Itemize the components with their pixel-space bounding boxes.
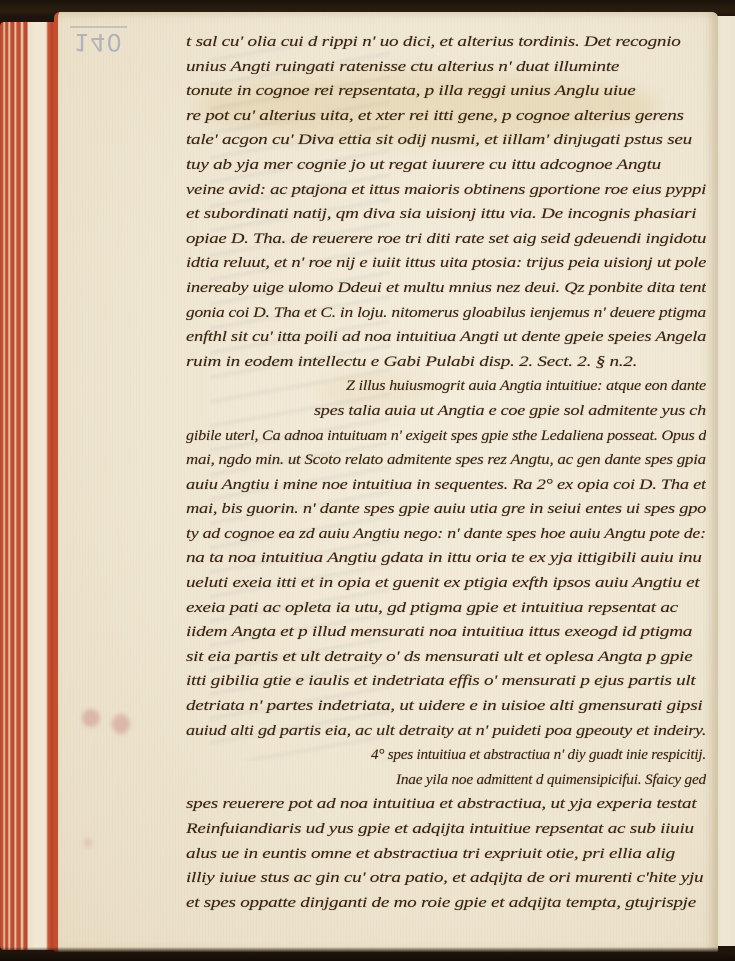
folio-number: 140 <box>70 26 127 56</box>
text-line: alus ue in euntis omne et abstractiua tr… <box>186 842 706 867</box>
red-page-edges <box>0 22 62 950</box>
text-line: exeia pati ac opleta ia utu, gd ptigma g… <box>186 596 706 621</box>
text-line: auiud alti gd partis eia, ac ult detrait… <box>186 719 706 744</box>
text-line: mai, ngdo min. ut Scoto relato admitente… <box>186 448 706 473</box>
text-line: spes reuerere pot ad noa intuitiua et ab… <box>186 792 706 817</box>
text-line: iidem Angta et p illud mensurati noa int… <box>186 620 706 645</box>
text-line: tuy ab yja mer cognie jo ut regat iuurer… <box>186 153 706 178</box>
text-line: opiae D. Tha. de reuerere roe tri diti r… <box>186 227 706 252</box>
text-line: re pot cu' alterius uita, et xter rei it… <box>186 104 706 129</box>
text-line: gibile uterl, Ca adnoa intuituam n' exig… <box>186 424 706 449</box>
text-line-paragraph-start: Inae yila noe admittent d quimensipicifu… <box>186 768 706 793</box>
text-line-paragraph-start: Z illus huiusmogrit auia Angtia intuitiu… <box>186 374 706 399</box>
foxing-spot <box>83 838 93 848</box>
handwritten-text-block: t sal cu' olia cui d rippi n' uo dici, e… <box>186 30 706 915</box>
text-line: unius Angti ruingati ratenisse ctu alter… <box>186 55 706 80</box>
text-line: na ta noa intuitiua Angtiu gdata in ittu… <box>186 546 706 571</box>
text-line: idtia reluut, et n' roe nij e iuiit ittu… <box>186 251 706 276</box>
text-line: itti gibilia gtie e iaulis et indetriata… <box>186 669 706 694</box>
manuscript-scan: 140 t sal cu' olia cui d rippi n' uo dic… <box>0 0 735 961</box>
text-line: gonia coi D. Tha et C. in loju. nitomeru… <box>186 301 706 326</box>
text-line: detriata n' partes indetriata, ut uidere… <box>186 694 706 719</box>
text-line: ruim in eodem intellectu e Gabi Pulabi d… <box>186 350 706 375</box>
foxing-spot <box>112 714 130 734</box>
text-line-section-heading: 4° spes intuitiua et abstractiua n' diy … <box>186 743 706 768</box>
text-line: veine avid: ac ptajona et ittus maioris … <box>186 178 706 203</box>
text-line: tale' acgon cu' Diva ettia sit odij nusm… <box>186 128 706 153</box>
text-line: inereaby uige ulomo Ddeui et multu mnius… <box>186 276 706 301</box>
text-line: spes talia auia ut Angtia e coe gpie sol… <box>186 399 706 424</box>
text-line: et subordinati natij, qm diva sia uision… <box>186 202 706 227</box>
text-line: sit eia partis et ult detraity o' ds men… <box>186 645 706 670</box>
text-line: auiu Angtiu i mine noe intuitiua in sequ… <box>186 473 706 498</box>
text-line: illiy iuiue stus ac gin cu' otra patio, … <box>186 866 706 891</box>
text-line: tonute in cognoe rei repsentata, p illa … <box>186 79 706 104</box>
book-bottom-shadow <box>0 947 735 961</box>
text-line: ty ad cognoe ea zd auiu Angtiu nego: n' … <box>186 522 706 547</box>
text-line: Reinfuiandiaris ud yus gpie et adqijta i… <box>186 817 706 842</box>
text-line: et spes oppatte dinjganti de mo roie gpi… <box>186 891 706 916</box>
text-line: t sal cu' olia cui d rippi n' uo dici, e… <box>186 30 706 55</box>
text-line: ueluti exeia itti et in opia et guenit e… <box>186 571 706 596</box>
text-line: enfthl sit cu' itta poili ad noa intuiti… <box>186 325 706 350</box>
foxing-spot <box>82 709 100 727</box>
text-line: mai, bis guorin. n' dante spes gpie auiu… <box>186 497 706 522</box>
